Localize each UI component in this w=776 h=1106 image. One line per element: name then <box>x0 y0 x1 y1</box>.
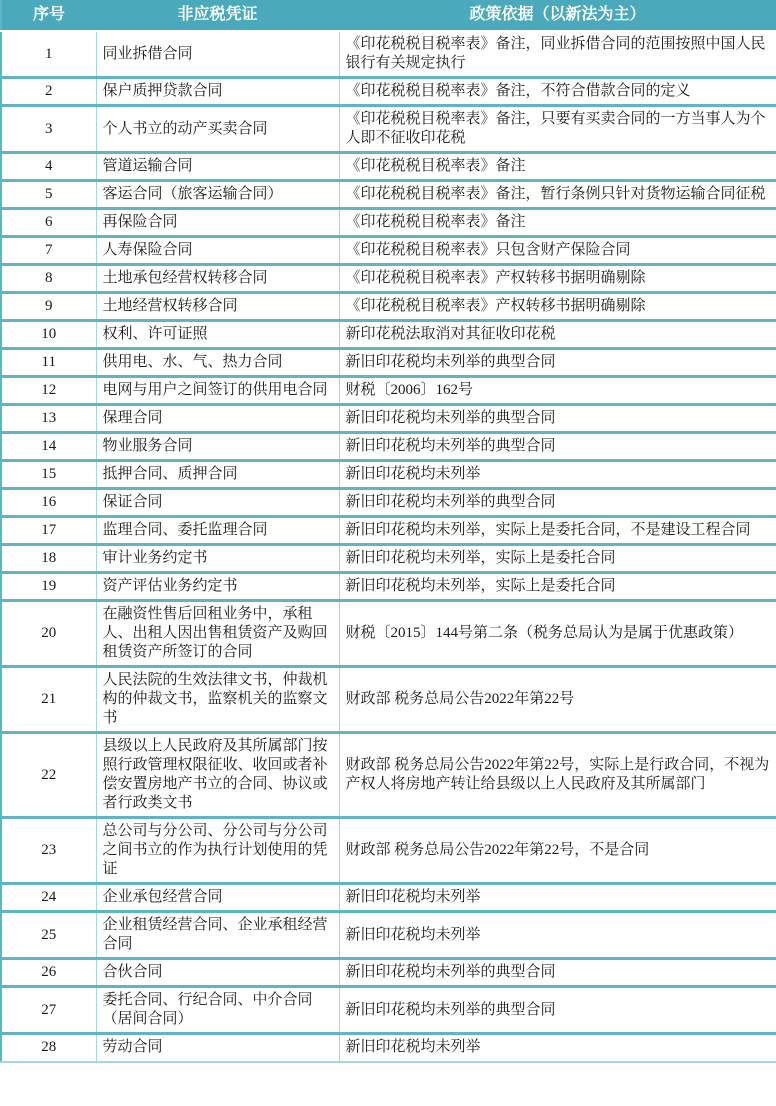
cell-policy-basis: 新旧印花税均未列举的典型合同 <box>339 489 776 517</box>
cell-policy-basis: 新旧印花税均未列举，实际上是委托合同 <box>339 573 776 601</box>
cell-serial-number: 3 <box>1 106 96 153</box>
cell-serial-number: 22 <box>1 733 96 818</box>
cell-serial-number: 25 <box>1 912 96 959</box>
table-row: 8 土地承包经营权转移合同 《印花税税目税率表》产权转移书据明确剔除 <box>1 265 776 293</box>
cell-voucher-name: 县级以上人民政府及其所属部门按照行政管理权限征收、收回或者补偿安置房地产书立的合… <box>96 733 339 818</box>
cell-serial-number: 27 <box>1 987 96 1034</box>
cell-voucher-name: 保证合同 <box>96 489 339 517</box>
cell-voucher-name: 权利、许可证照 <box>96 321 339 349</box>
table-row: 5 客运合同（旅客运输合同） 《印花税税目税率表》备注，暂行条例只针对货物运输合… <box>1 181 776 209</box>
table-row: 4 管道运输合同 《印花税税目税率表》备注 <box>1 153 776 181</box>
cell-serial-number: 17 <box>1 517 96 545</box>
cell-policy-basis: 新旧印花税均未列举 <box>339 884 776 912</box>
cell-voucher-name: 资产评估业务约定书 <box>96 573 339 601</box>
table-row: 19 资产评估业务约定书 新旧印花税均未列举，实际上是委托合同 <box>1 573 776 601</box>
table-row: 11 供用电、水、气、热力合同 新旧印花税均未列举的典型合同 <box>1 349 776 377</box>
cell-serial-number: 9 <box>1 293 96 321</box>
cell-voucher-name: 抵押合同、质押合同 <box>96 461 339 489</box>
table-row: 15 抵押合同、质押合同 新旧印花税均未列举 <box>1 461 776 489</box>
cell-voucher-name: 供用电、水、气、热力合同 <box>96 349 339 377</box>
col-header-serial-number: 序号 <box>1 0 96 31</box>
cell-voucher-name: 在融资性售后回租业务中，承租人、出租人因出售租赁资产及购回租赁资产所签订的合同 <box>96 601 339 667</box>
table-row: 18 审计业务约定书 新旧印花税均未列举，实际上是委托合同 <box>1 545 776 573</box>
table-row: 20 在融资性售后回租业务中，承租人、出租人因出售租赁资产及购回租赁资产所签订的… <box>1 601 776 667</box>
cell-policy-basis: 新旧印花税均未列举的典型合同 <box>339 349 776 377</box>
cell-policy-basis: 《印花税税目税率表》备注 <box>339 209 776 237</box>
cell-voucher-name: 电网与用户之间签订的供用电合同 <box>96 377 339 405</box>
cell-serial-number: 14 <box>1 433 96 461</box>
cell-policy-basis: 财税〔2006〕162号 <box>339 377 776 405</box>
cell-policy-basis: 《印花税税目税率表》备注，同业拆借合同的范围按照中国人民银行有关规定执行 <box>339 31 776 78</box>
cell-voucher-name: 合伙合同 <box>96 959 339 987</box>
cell-voucher-name: 土地经营权转移合同 <box>96 293 339 321</box>
cell-serial-number: 19 <box>1 573 96 601</box>
cell-serial-number: 2 <box>1 78 96 106</box>
cell-voucher-name: 再保险合同 <box>96 209 339 237</box>
table-row: 17 监理合同、委托监理合同 新旧印花税均未列举，实际上是委托合同，不是建设工程… <box>1 517 776 545</box>
cell-voucher-name: 审计业务约定书 <box>96 545 339 573</box>
cell-policy-basis: 财政部 税务总局公告2022年第22号，实际上是行政合同，不视为产权人将房地产转… <box>339 733 776 818</box>
cell-voucher-name: 人民法院的生效法律文书，仲裁机构的仲裁文书，监察机关的监察文书 <box>96 667 339 733</box>
cell-policy-basis: 《印花税税目税率表》备注，暂行条例只针对货物运输合同征税 <box>339 181 776 209</box>
cell-policy-basis: 新旧印花税均未列举的典型合同 <box>339 987 776 1034</box>
table-row: 12 电网与用户之间签订的供用电合同 财税〔2006〕162号 <box>1 377 776 405</box>
cell-voucher-name: 物业服务合同 <box>96 433 339 461</box>
cell-serial-number: 5 <box>1 181 96 209</box>
cell-policy-basis: 新印花税法取消对其征收印花税 <box>339 321 776 349</box>
cell-policy-basis: 财政部 税务总局公告2022年第22号，不是合同 <box>339 818 776 884</box>
header-row: 序号 非应税凭证 政策依据（以新法为主） <box>1 0 776 31</box>
cell-serial-number: 20 <box>1 601 96 667</box>
cell-serial-number: 26 <box>1 959 96 987</box>
table-header: 序号 非应税凭证 政策依据（以新法为主） <box>1 0 776 31</box>
cell-serial-number: 1 <box>1 31 96 78</box>
cell-policy-basis: 《印花税税目税率表》只包含财产保险合同 <box>339 237 776 265</box>
cell-policy-basis: 新旧印花税均未列举 <box>339 461 776 489</box>
table-row: 13 保理合同 新旧印花税均未列举的典型合同 <box>1 405 776 433</box>
cell-policy-basis: 新旧印花税均未列举 <box>339 912 776 959</box>
cell-policy-basis: 新旧印花税均未列举的典型合同 <box>339 433 776 461</box>
cell-policy-basis: 新旧印花税均未列举的典型合同 <box>339 959 776 987</box>
cell-policy-basis: 财税〔2015〕144号第二条（税务总局认为是属于优惠政策） <box>339 601 776 667</box>
table-row: 21 人民法院的生效法律文书，仲裁机构的仲裁文书，监察机关的监察文书 财政部 税… <box>1 667 776 733</box>
cell-serial-number: 28 <box>1 1034 96 1062</box>
table-row: 22 县级以上人民政府及其所属部门按照行政管理权限征收、收回或者补偿安置房地产书… <box>1 733 776 818</box>
cell-voucher-name: 监理合同、委托监理合同 <box>96 517 339 545</box>
col-header-voucher-name: 非应税凭证 <box>96 0 339 31</box>
cell-voucher-name: 企业租赁经营合同、企业承租经营合同 <box>96 912 339 959</box>
cell-policy-basis: 《印花税税目税率表》备注 <box>339 153 776 181</box>
table-row: 16 保证合同 新旧印花税均未列举的典型合同 <box>1 489 776 517</box>
table-body: 1 同业拆借合同 《印花税税目税率表》备注，同业拆借合同的范围按照中国人民银行有… <box>1 31 776 1062</box>
cell-voucher-name: 企业承包经营合同 <box>96 884 339 912</box>
cell-voucher-name: 个人书立的动产买卖合同 <box>96 106 339 153</box>
table-row: 14 物业服务合同 新旧印花税均未列举的典型合同 <box>1 433 776 461</box>
table-row: 6 再保险合同 《印花税税目税率表》备注 <box>1 209 776 237</box>
table-row: 9 土地经营权转移合同 《印花税税目税率表》产权转移书据明确剔除 <box>1 293 776 321</box>
cell-voucher-name: 同业拆借合同 <box>96 31 339 78</box>
cell-serial-number: 21 <box>1 667 96 733</box>
cell-voucher-name: 土地承包经营权转移合同 <box>96 265 339 293</box>
table-row: 3 个人书立的动产买卖合同 《印花税税目税率表》备注，只要有买卖合同的一方当事人… <box>1 106 776 153</box>
cell-policy-basis: 《印花税税目税率表》产权转移书据明确剔除 <box>339 265 776 293</box>
cell-policy-basis: 《印花税税目税率表》备注，只要有买卖合同的一方当事人为个人即不征收印花税 <box>339 106 776 153</box>
cell-policy-basis: 新旧印花税均未列举，实际上是委托合同 <box>339 545 776 573</box>
table-row: 1 同业拆借合同 《印花税税目税率表》备注，同业拆借合同的范围按照中国人民银行有… <box>1 31 776 78</box>
cell-policy-basis: 新旧印花税均未列举，实际上是委托合同，不是建设工程合同 <box>339 517 776 545</box>
cell-voucher-name: 保户质押贷款合同 <box>96 78 339 106</box>
table-row: 7 人寿保险合同 《印花税税目税率表》只包含财产保险合同 <box>1 237 776 265</box>
cell-serial-number: 8 <box>1 265 96 293</box>
non-taxable-voucher-table: 序号 非应税凭证 政策依据（以新法为主） 1 同业拆借合同 《印花税税目税率表》… <box>0 0 776 1063</box>
cell-policy-basis: 财政部 税务总局公告2022年第22号 <box>339 667 776 733</box>
cell-policy-basis: 《印花税税目税率表》产权转移书据明确剔除 <box>339 293 776 321</box>
cell-voucher-name: 人寿保险合同 <box>96 237 339 265</box>
cell-policy-basis: 新旧印花税均未列举的典型合同 <box>339 405 776 433</box>
cell-serial-number: 16 <box>1 489 96 517</box>
table-row: 27 委托合同、行纪合同、中介合同（居间合同） 新旧印花税均未列举的典型合同 <box>1 987 776 1034</box>
cell-serial-number: 4 <box>1 153 96 181</box>
table-row: 28 劳动合同 新旧印花税均未列举 <box>1 1034 776 1062</box>
cell-voucher-name: 客运合同（旅客运输合同） <box>96 181 339 209</box>
cell-voucher-name: 保理合同 <box>96 405 339 433</box>
cell-serial-number: 7 <box>1 237 96 265</box>
cell-voucher-name: 委托合同、行纪合同、中介合同（居间合同） <box>96 987 339 1034</box>
cell-serial-number: 6 <box>1 209 96 237</box>
table-row: 2 保户质押贷款合同 《印花税税目税率表》备注，不符合借款合同的定义 <box>1 78 776 106</box>
cell-serial-number: 12 <box>1 377 96 405</box>
cell-serial-number: 24 <box>1 884 96 912</box>
table-row: 10 权利、许可证照 新印花税法取消对其征收印花税 <box>1 321 776 349</box>
cell-serial-number: 11 <box>1 349 96 377</box>
cell-policy-basis: 《印花税税目税率表》备注，不符合借款合同的定义 <box>339 78 776 106</box>
table-row: 25 企业租赁经营合同、企业承租经营合同 新旧印花税均未列举 <box>1 912 776 959</box>
non-taxable-voucher-table-container: 序号 非应税凭证 政策依据（以新法为主） 1 同业拆借合同 《印花税税目税率表》… <box>0 0 776 1063</box>
cell-serial-number: 23 <box>1 818 96 884</box>
cell-policy-basis: 新旧印花税均未列举 <box>339 1034 776 1062</box>
col-header-policy-basis: 政策依据（以新法为主） <box>339 0 776 31</box>
cell-voucher-name: 劳动合同 <box>96 1034 339 1062</box>
table-row: 26 合伙合同 新旧印花税均未列举的典型合同 <box>1 959 776 987</box>
cell-serial-number: 15 <box>1 461 96 489</box>
cell-voucher-name: 管道运输合同 <box>96 153 339 181</box>
table-row: 24 企业承包经营合同 新旧印花税均未列举 <box>1 884 776 912</box>
cell-serial-number: 18 <box>1 545 96 573</box>
table-row: 23 总公司与分公司、分公司与分公司之间书立的作为执行计划使用的凭证 财政部 税… <box>1 818 776 884</box>
cell-voucher-name: 总公司与分公司、分公司与分公司之间书立的作为执行计划使用的凭证 <box>96 818 339 884</box>
cell-serial-number: 13 <box>1 405 96 433</box>
cell-serial-number: 10 <box>1 321 96 349</box>
